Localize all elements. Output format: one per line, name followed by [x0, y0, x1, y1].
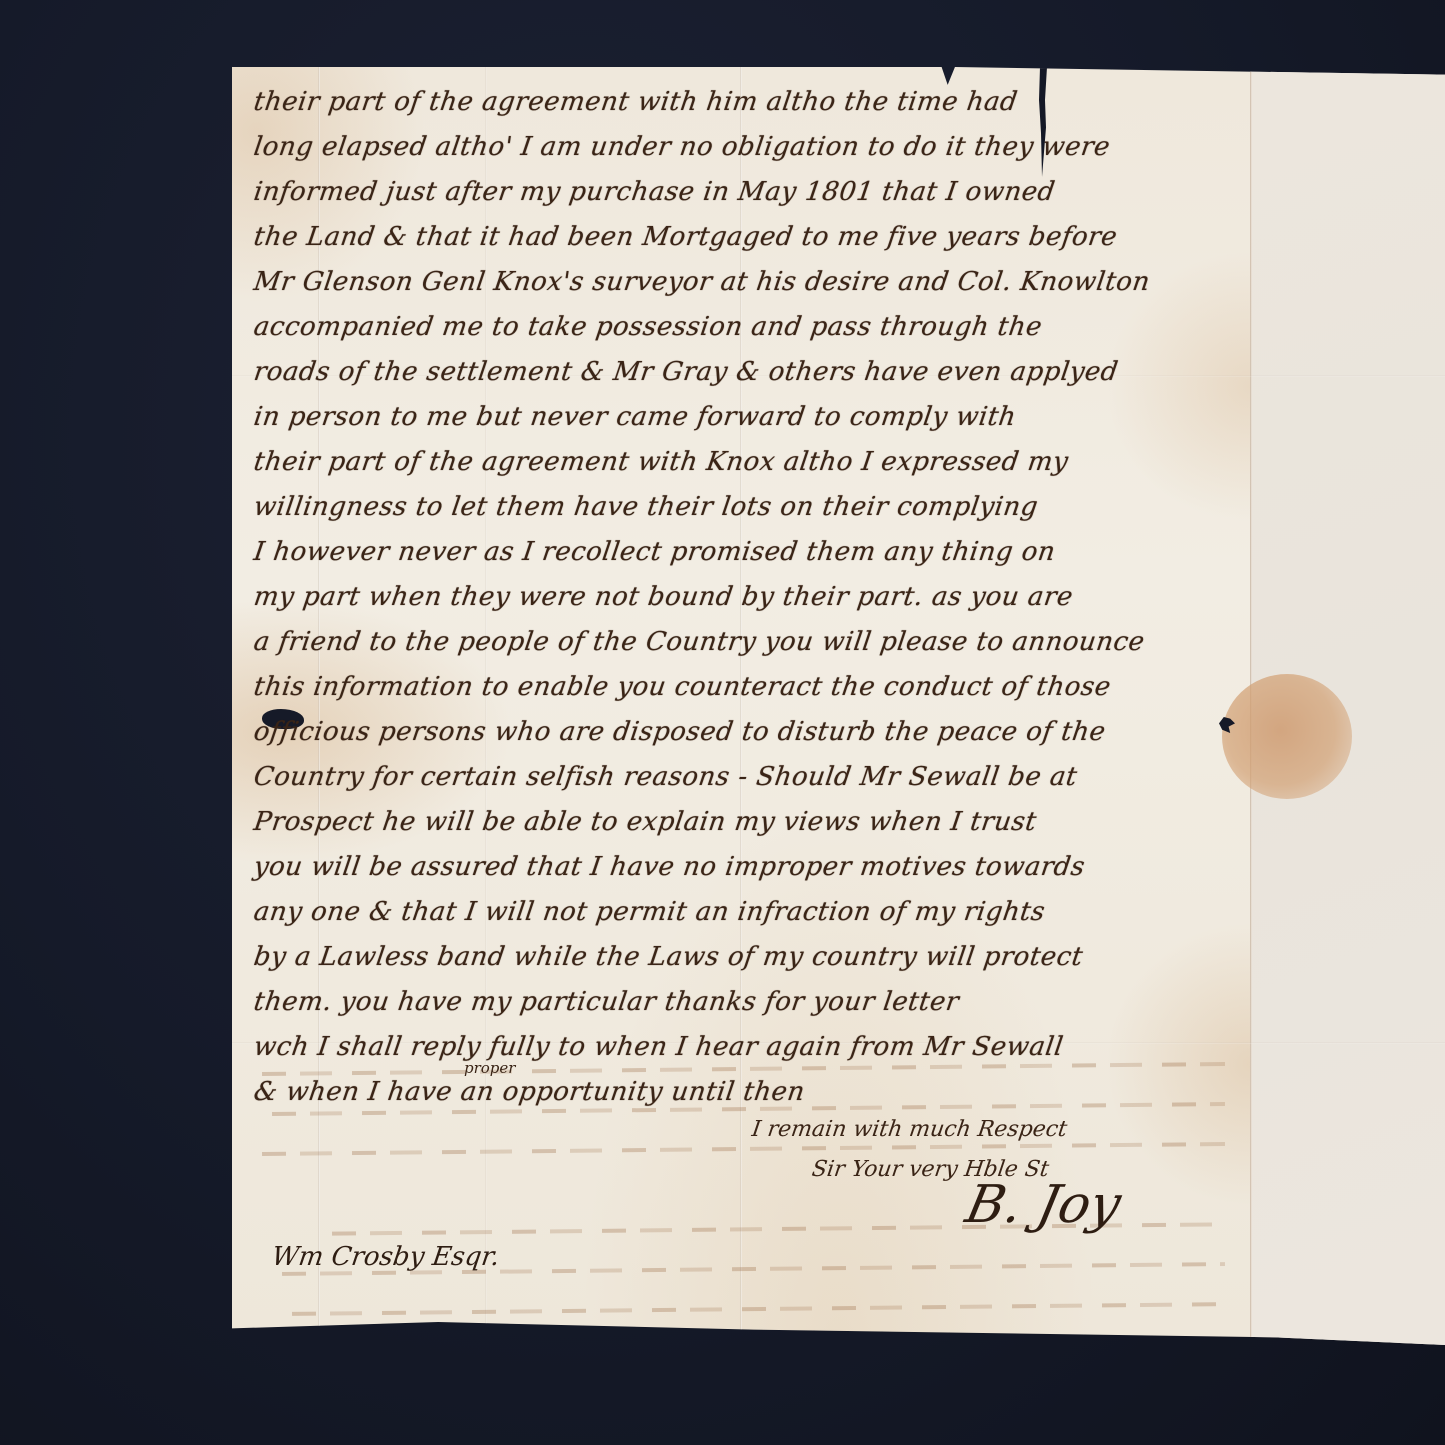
signature: B. Joy [961, 1175, 1127, 1235]
addressee: Wm Crosby Esqr. [270, 1242, 502, 1272]
body-line: by a Lawless band while the Laws of my c… [252, 942, 1085, 972]
letter-sheet: their part of the agreement with him alt… [232, 67, 1445, 1345]
body-line: a friend to the people of the Country yo… [252, 627, 1147, 657]
fold-line [740, 67, 742, 1345]
body-line: their part of the agreement with Knox al… [252, 447, 1070, 477]
body-line: you will be assured that I have no impro… [252, 852, 1087, 882]
ink-bleed-through [292, 1302, 1225, 1316]
body-line: Prospect he will be able to explain my v… [252, 807, 1039, 837]
wax-seal-stain [1222, 674, 1352, 799]
body-line: any one & that I will not permit an infr… [252, 897, 1047, 927]
interlinear-insertion: proper [464, 1059, 515, 1077]
body-line: & when I have an opportunity until then [252, 1077, 807, 1107]
closing-line: I remain with much Respect [750, 1117, 1068, 1142]
ink-bleed-through [262, 1062, 1225, 1076]
body-line: I however never as I recollect promised … [252, 537, 1058, 567]
body-line: my part when they were not bound by thei… [252, 582, 1075, 612]
body-line: Mr Glenson Genl Knox's surveyor at his d… [252, 267, 1152, 297]
body-line: the Land & that it had been Mortgaged to… [252, 222, 1119, 252]
body-line: Country for certain selfish reasons - Sh… [252, 762, 1079, 792]
body-line: their part of the agreement with him alt… [252, 87, 1020, 117]
body-line: officious persons who are disposed to di… [252, 717, 1108, 747]
body-line: willingness to let them have their lots … [252, 492, 1040, 522]
body-line: informed just after my purchase in May 1… [252, 177, 1057, 207]
body-line: accompanied me to take possession and pa… [252, 312, 1044, 342]
body-line: this information to enable you counterac… [252, 672, 1113, 702]
body-line: wch I shall reply fully to when I hear a… [252, 1032, 1065, 1062]
ink-bleed-through [262, 1142, 1225, 1156]
body-line: long elapsed altho' I am under no obliga… [252, 132, 1112, 162]
body-line: roads of the settlement & Mr Gray & othe… [252, 357, 1120, 387]
body-line: them. you have my particular thanks for … [252, 987, 961, 1017]
body-line: in person to me but never came forward t… [252, 402, 1018, 432]
